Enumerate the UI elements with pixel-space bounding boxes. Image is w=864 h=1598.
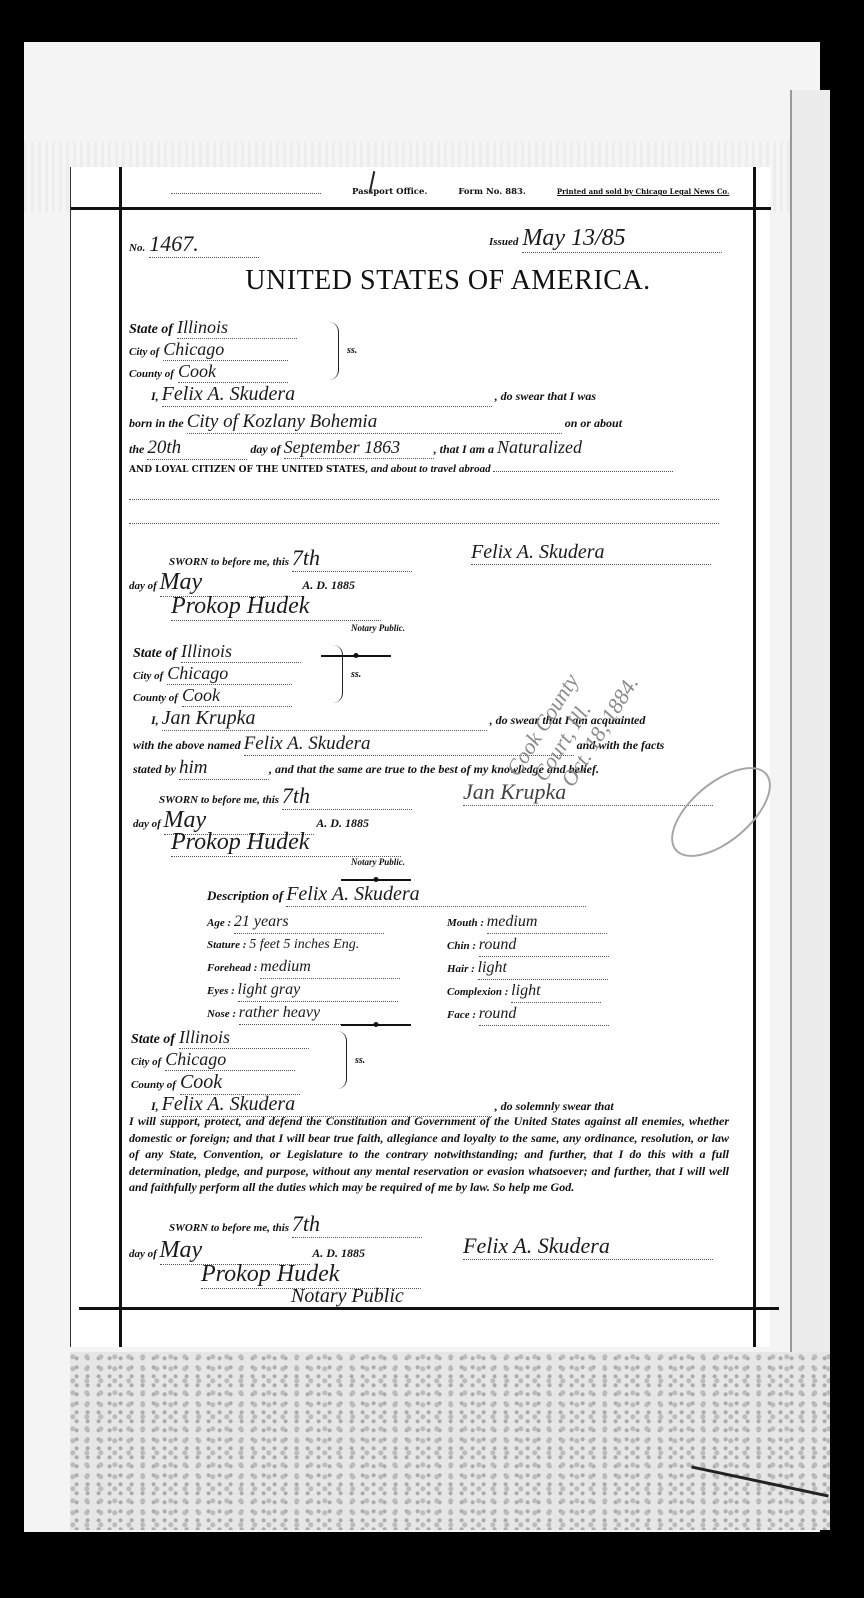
section1-jurisdiction: State of Illinois City of Chicago County… [129,317,297,383]
birth-day: 20th [147,437,247,460]
sworn-day: 7th [282,783,412,810]
birthplace-line: born in the City of Kozlany Bohemia on o… [129,411,622,434]
field-label: Eyes : [207,985,235,997]
frame-rule-left [119,167,122,1347]
on-or-about-label: on or about [565,416,622,430]
issued-label: Issued [489,236,518,248]
ss-brace [329,322,339,380]
description-row-face: Face : round [447,1003,609,1026]
description-name: Felix A. Skudera [286,883,586,907]
witness-name: Jan Krupka [162,707,487,731]
blank-line [129,523,719,524]
field-value: 5 feet 5 inches Eng. [249,937,359,952]
field-label: Hair : [447,963,475,975]
field-value: medium [260,956,400,979]
the-label: the [129,442,144,456]
description-row-nose: Nose : rather heavy [207,1002,400,1025]
description-right-column: Mouth : medium Chin : round Hair : light… [447,911,609,1026]
county-label: County of [131,1079,176,1091]
number-value: 1467. [149,231,259,258]
stated-by-value: him [179,757,269,780]
section3-jurisdiction: State of Illinois City of Chicago County… [131,1027,309,1093]
city-label: City of [133,670,163,682]
born-label: born in the [129,416,184,430]
description-row-chin: Chin : round [447,934,609,957]
description-row-eyes: Eyes : light gray [207,979,400,1002]
city-value: Chicago [167,663,292,685]
description-row-age: Age : 21 years [207,911,400,934]
field-label: Face : [447,1009,476,1021]
citizen-text: , that I am a [434,442,494,456]
field-value: round [479,1003,609,1026]
stated-label: stated by [133,762,176,776]
description-row-stature: Stature : 5 feet 5 inches Eng. [207,934,400,956]
sworn-label: SWORN to before me, this [169,556,289,568]
travel-dotted-line [493,471,673,472]
frame-rule-bottom [79,1307,779,1310]
day-of-label: day of [129,580,157,592]
state-label: State of [129,322,173,337]
field-value: light [478,957,608,980]
day-of-label: day of [129,1248,157,1260]
ad-year: A. D. 1885 [302,578,355,592]
form-header: Passport Office. Form No. 883. Printed a… [171,187,757,197]
right-paper-edge [790,90,830,1530]
ss-label: ss. [355,1055,365,1066]
city-value: Chicago [165,1049,295,1071]
state-value: Illinois [177,317,297,339]
ss-label: ss. [347,345,357,356]
state-value: Illinois [179,1027,309,1049]
stained-paper-bottom [70,1352,830,1530]
with-label: with the above named [133,738,241,752]
travel-text: and about to travel abroad [371,463,491,475]
citizen-type: Naturalized [497,437,582,457]
description-header: Description of Felix A. Skudera [207,883,586,907]
witness-signature: Jan Krupka [463,779,713,806]
notary-label: Notary Public. [351,857,405,867]
annotation-flourish [656,750,786,873]
divider-ornament [341,1024,411,1026]
loyal-citizen-text: AND LOYAL CITIZEN OF THE UNITED STATES, [129,465,368,475]
description-left-column: Age : 21 years Stature : 5 feet 5 inches… [207,911,400,1025]
field-label: Mouth : [447,917,484,929]
notary-signature: Prokop Hudek [171,593,381,621]
birthplace-value: City of Kozlany Bohemia [187,411,562,434]
description-row-complexion: Complexion : light [447,980,609,1003]
county-value: Cook [180,1071,300,1095]
city-value: Chicago [163,339,288,361]
header-dotted-line [171,193,321,194]
section1-sworn-line: SWORN to before me, this 7th [169,545,412,572]
i-label: I, [151,713,159,727]
state-label: State of [133,646,177,661]
sworn-day: 7th [292,545,412,572]
field-value: light gray [238,979,398,1002]
sworn-label: SWORN to before me, this [169,1222,289,1234]
document-title: UNITED STATES OF AMERICA. [153,265,743,297]
issued-date: Issued May 13/85 [489,225,722,253]
i-label: I, [151,1099,159,1113]
field-value: light [511,980,601,1003]
county-label: County of [133,692,178,704]
oath-signature: Felix A. Skudera [463,1233,713,1260]
issued-value: May 13/85 [522,225,722,253]
county-label: County of [129,368,174,380]
sworn-day: 7th [292,1211,422,1238]
field-label: Nose : [207,1008,236,1020]
state-value: Illinois [181,641,301,663]
birthdate-line: the 20th day of September 1863, that I a… [129,437,582,460]
day-of-label: day of [250,442,280,456]
number-label: No. [129,242,145,254]
frame-rule-right [753,167,756,1347]
printer-credit: Printed and sold by Chicago Legal News C… [557,187,730,196]
description-label: Description of [207,888,283,903]
section1-name-line: I, Felix A. Skudera , do swear that I wa… [151,383,596,407]
state-label: State of [131,1032,175,1047]
field-value: medium [487,911,607,934]
ad-year: A. D. 1885 [316,816,369,830]
field-label: Forehead : [207,962,257,974]
birth-month-year: September 1863 [284,437,434,459]
oath-intro: , do solemnly swear that [495,1099,614,1113]
application-number: No. 1467. [129,231,259,258]
oath-text: I will support, protect, and defend the … [129,1113,729,1196]
field-label: Stature : [207,939,246,951]
applicant-name: Felix A. Skudera [162,383,492,407]
ss-brace [333,645,343,703]
form-number: Form No. 883. [458,187,526,197]
description-row-mouth: Mouth : medium [447,911,609,934]
blank-line [129,499,719,500]
field-value: 21 years [234,911,384,934]
field-label: Age : [207,917,231,929]
field-value: round [479,934,609,957]
notary-label-handwritten: Notary Public [291,1285,404,1308]
description-row-forehead: Forehead : medium [207,956,400,979]
description-row-hair: Hair : light [447,957,609,980]
field-label: Chin : [447,940,476,952]
county-value: Cook [182,685,292,707]
ss-brace [337,1031,347,1089]
city-label: City of [131,1056,161,1068]
section2-sworn-line: SWORN to before me, this 7th [159,783,412,810]
notary-signature: Prokop Hudek [171,829,401,857]
loyal-citizen-line: AND LOYAL CITIZEN OF THE UNITED STATES, … [129,463,673,475]
divider-ornament [341,879,411,881]
swear-text: , do swear that I was [495,389,596,403]
field-label: Complexion : [447,986,508,998]
day-of-label: day of [133,818,161,830]
frame-rule-top [71,207,771,210]
sworn-label: SWORN to before me, this [159,794,279,806]
city-label: City of [129,346,159,358]
applicant-signature: Felix A. Skudera [471,541,711,565]
section3-sworn-line: SWORN to before me, this 7th [169,1211,422,1238]
passport-office-label: Passport Office. [352,187,427,197]
divider-ornament [321,655,391,657]
ad-year: A. D. 1885 [312,1246,365,1260]
ss-label: ss. [351,669,361,680]
passport-application-form: Passport Office. Form No. 883. Printed a… [70,167,770,1347]
section2-jurisdiction: State of Illinois City of Chicago County… [133,641,301,707]
i-label: I, [151,389,159,403]
county-value: Cook [178,361,288,383]
notary-label: Notary Public. [351,623,405,633]
